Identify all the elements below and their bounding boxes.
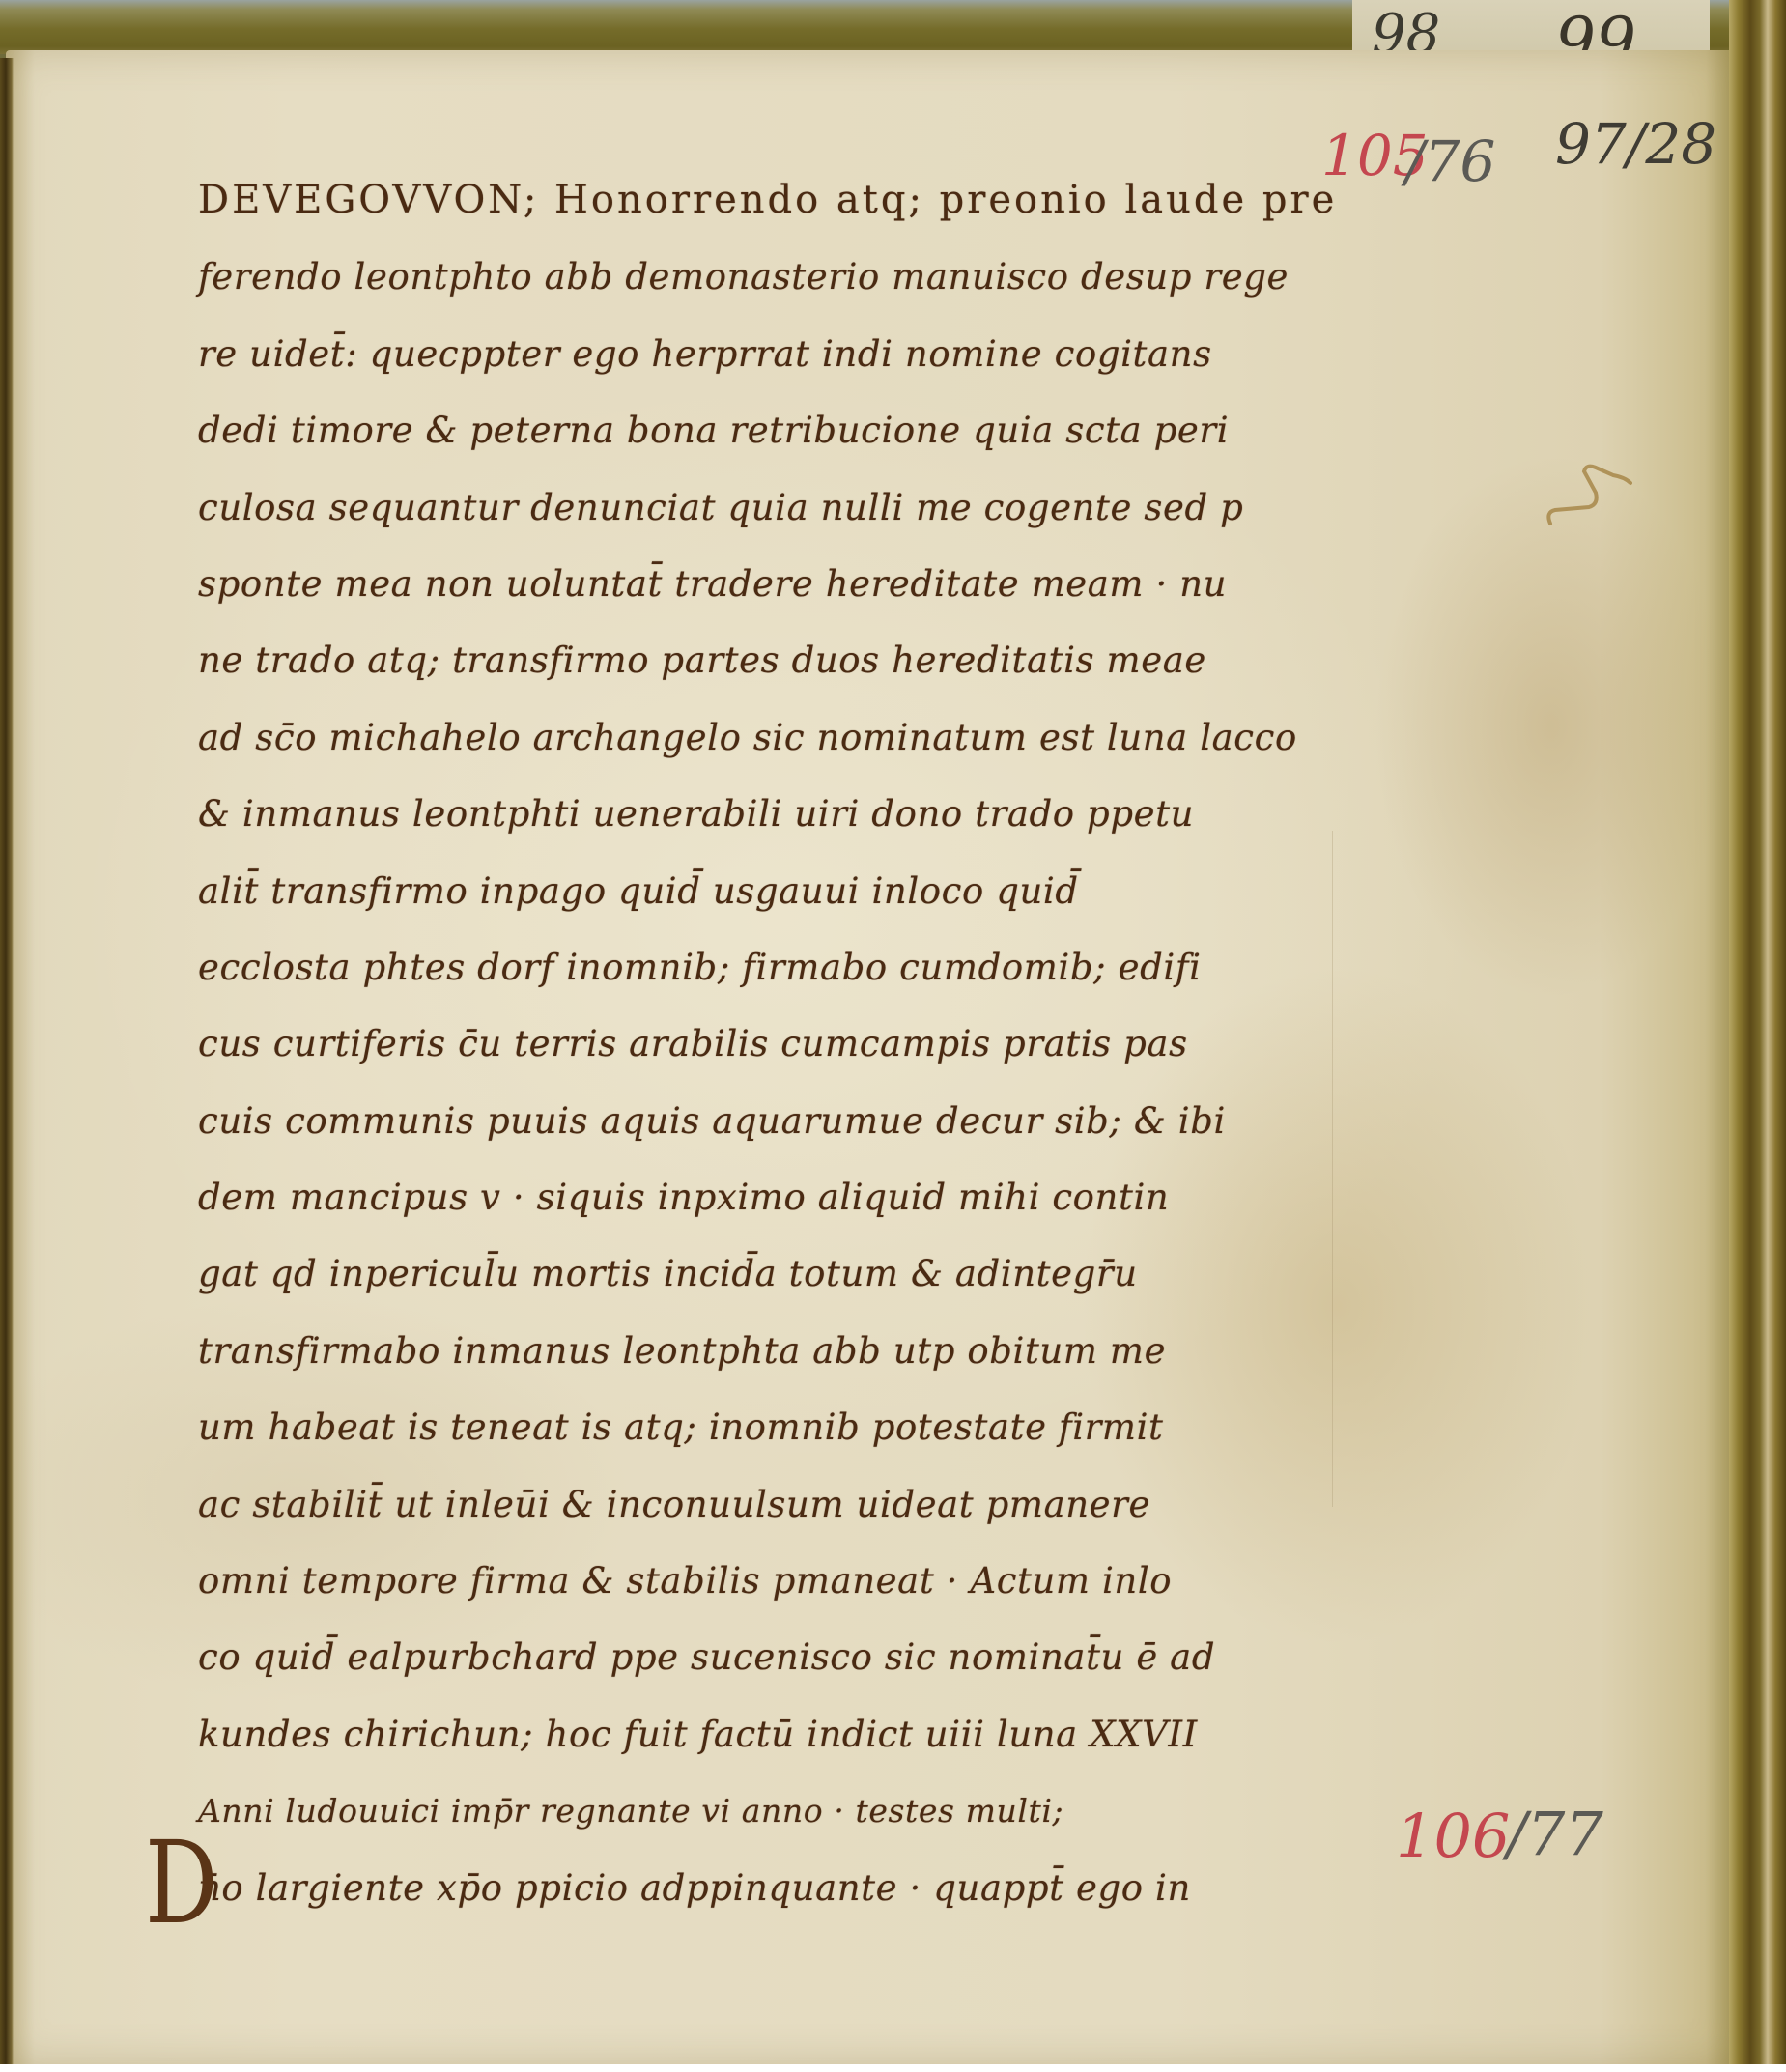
- text-line: ac stabilit̄ ut inleūi & inconuulsum ui…: [198, 1466, 1357, 1543]
- pencil-folio-number-bottom: /77: [1507, 1804, 1603, 1864]
- charter-text: DEVEGOVVON; Honorrendo atq; preonio laud…: [198, 162, 1357, 1926]
- text-line: co quid̄ ealpurbchard ppe sucenisco sic …: [198, 1619, 1357, 1695]
- text-line: kundes chirichun; hoc fuit factū indict…: [198, 1696, 1357, 1773]
- text-line: ne trado atq; transfirmo partes duos her…: [198, 622, 1357, 698]
- pencil-folio-number-top-right: 97/28: [1555, 116, 1716, 172]
- text-line: dedi timore & peterna bona retribucione …: [198, 392, 1357, 468]
- text-line: Anni ludouuici imp̄r regnante vi anno · …: [198, 1773, 1357, 1849]
- stain-mark-icon: [1536, 454, 1632, 541]
- text-line: cus curtiferis c̄u terris arabilis cumca…: [198, 1006, 1357, 1082]
- text-line: ferendo leontphto abb demonasterio manui…: [198, 239, 1357, 315]
- text-line: ecclosta phtes dorf inomnib; firmabo cum…: [198, 929, 1357, 1006]
- pencil-folio-number-top: /76: [1405, 133, 1495, 189]
- text-line: um habeat is teneat is atq; inomnib pote…: [198, 1389, 1357, 1465]
- text-line: alit̄ transfirmo inpago quid̄ usgauui in…: [198, 853, 1357, 929]
- manuscript-scan: 98 99 105 /76 97/28 106 /77 DEVEGOVVON; …: [0, 0, 1786, 2064]
- text-line: DEVEGOVVON; Honorrendo atq; preonio laud…: [198, 162, 1357, 239]
- page-left-edge: [0, 58, 14, 2064]
- text-line: & inmanus leontphti uenerabili uiri dono…: [198, 776, 1357, 852]
- text-line: omni tempore firma & stabilis pmaneat · …: [198, 1543, 1357, 1619]
- text-line: n̄o largiente xp̄o ppicio adppinquante ·…: [198, 1850, 1357, 1926]
- decorated-initial: D: [145, 1826, 218, 1940]
- text-line: sponte mea non uoluntat̄ tradere heredit…: [198, 546, 1357, 622]
- text-line: dem mancipus v · siquis inpximo aliquid …: [198, 1159, 1357, 1235]
- text-line: transfirmabo inmanus leontphta abb utp o…: [198, 1313, 1357, 1389]
- text-line: culosa sequantur denunciat quia nulli me…: [198, 469, 1357, 546]
- text-line: re uidet̄: quecppter ego herprrat indi n…: [198, 316, 1357, 392]
- text-line: cuis communis puuis aquis aquarumue decu…: [198, 1083, 1357, 1159]
- binding-spine: [1729, 0, 1786, 2064]
- red-folio-number-bottom: 106: [1396, 1806, 1510, 1866]
- text-line: ad sc̄o michahelo archangelo sic nominat…: [198, 699, 1357, 776]
- text-line: gat qd inpericul̄u mortis incid̄a totum …: [198, 1235, 1357, 1312]
